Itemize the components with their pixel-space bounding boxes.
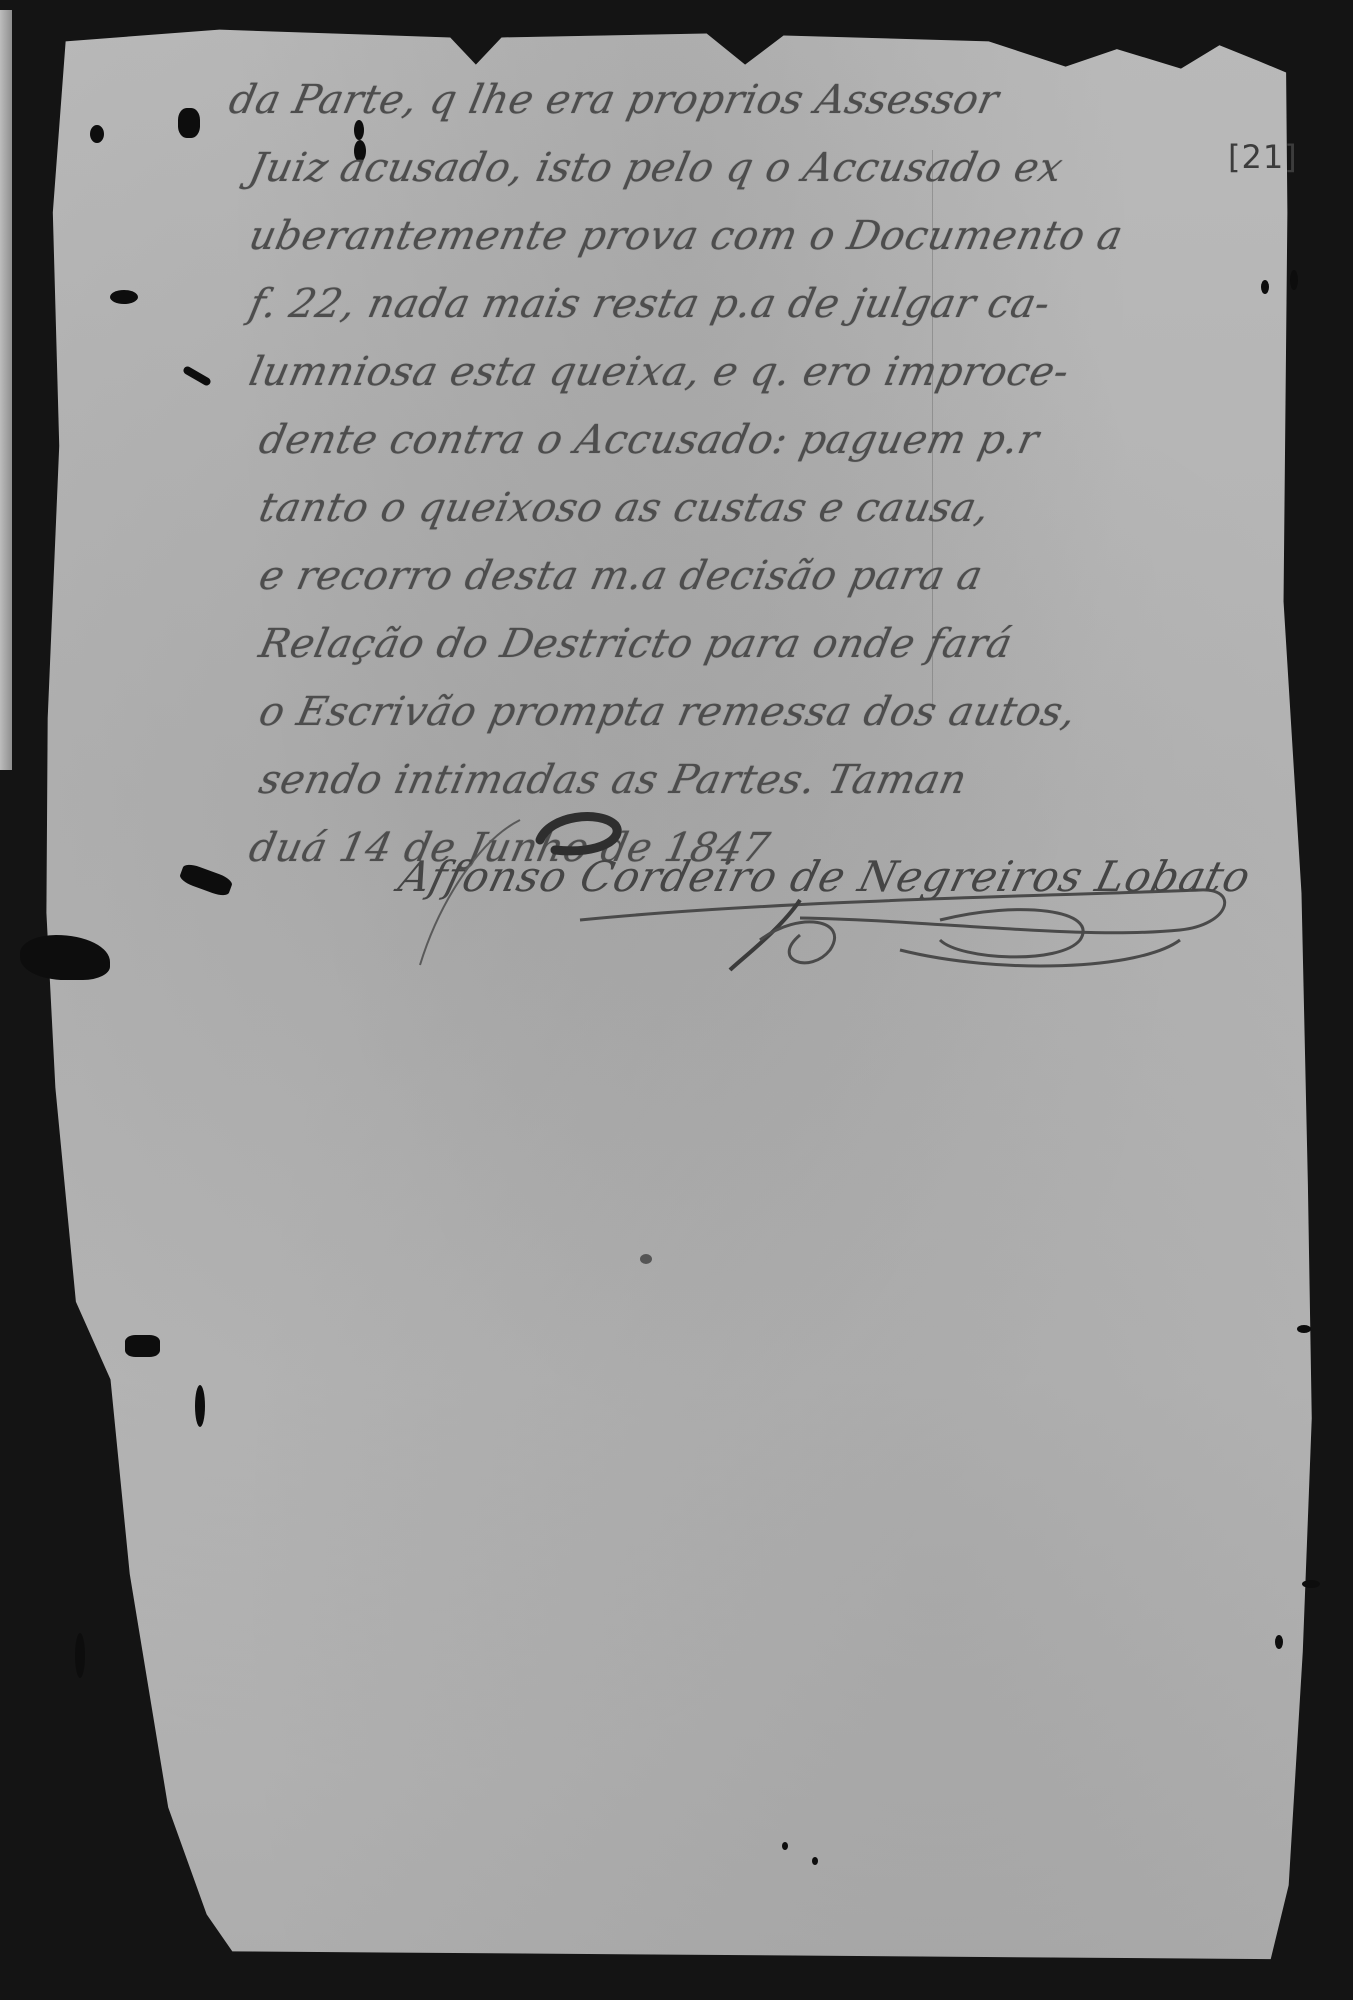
- manuscript-text: da Parte, q lhe era proprios Assessor Ju…: [230, 66, 1230, 882]
- text-line: o Escrivão prompta remessa dos autos,: [253, 678, 1237, 746]
- text-line: Juiz acusado, isto pelo q o Accusado ex: [243, 134, 1237, 202]
- text-line: Relação do Destricto para onde fará: [253, 610, 1237, 678]
- text-line: da Parte, q lhe era proprios Assessor: [223, 66, 1237, 134]
- text-line: e recorro desta m.a decisão para a: [253, 542, 1237, 610]
- text-line: uberantemente prova com o Documento a: [243, 202, 1237, 270]
- folio-number: [21]: [1228, 138, 1298, 176]
- signature-name: Affonso Cordeiro de Negreiros Lobato: [394, 852, 1256, 901]
- text-line: tanto o queixoso as custas e causa,: [253, 474, 1237, 542]
- text-line: f. 22, nada mais resta p.a de julgar ca-: [243, 270, 1237, 338]
- signature: Affonso Cordeiro de Negreiros Lobato: [380, 800, 1240, 980]
- adjacent-page-edge: [0, 10, 12, 770]
- text-line: lumniosa esta queixa, e q. ero improce-: [243, 338, 1237, 406]
- text-line: dente contra o Accusado: paguem p.r: [253, 406, 1237, 474]
